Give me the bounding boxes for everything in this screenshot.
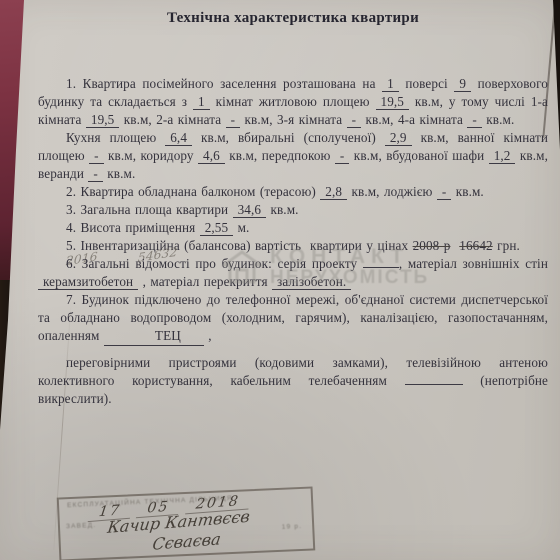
filled-value: залізобетон. (272, 274, 351, 290)
text-run: 3. Загальна площа квартири (66, 202, 233, 217)
filled-value: 6,4 (165, 130, 192, 146)
blank-line (405, 372, 463, 385)
filled-value: 9 (454, 76, 471, 92)
stamp-printed-year-blank: 19 р. (282, 523, 303, 531)
clause-7-continued: переговірними пристроями (кодовими замка… (38, 354, 548, 408)
clause-2: 2. Квартира обладнана балконом (терасою)… (38, 183, 548, 201)
text-run: кв.м. (482, 112, 514, 127)
text-run: кв.м, вбудованої шафи (349, 148, 488, 163)
text-run: кв.м. (103, 166, 135, 181)
filled-value: - (335, 148, 350, 164)
stamp-printed-label: ЗАВЕД. (66, 522, 97, 530)
filled-value: 19,5 (86, 112, 119, 128)
filled-value: 34,6 (233, 202, 266, 218)
clause-7: 7. Будинок підключено до телефонної мере… (38, 291, 548, 346)
filled-value: 4,6 (198, 148, 225, 164)
text-run: 5. Інвентаризаційна (балансова) вартість… (66, 238, 413, 253)
filled-value: 19,5 (376, 94, 409, 110)
text-run: 2. Квартира обладнана балконом (терасою) (66, 184, 320, 199)
text-run: кв.м, 2-а кімната (119, 112, 225, 127)
text-run: кімнат житловою площею (210, 94, 376, 109)
filled-value: - (89, 148, 104, 164)
filled-value: 2,9 (385, 130, 412, 146)
text-run: м. (233, 220, 249, 235)
text-run: , матеріал перекриття (138, 274, 272, 289)
filled-value: - (437, 184, 452, 200)
clause-5: 5. Інвентаризаційна (балансова) вартість… (38, 237, 548, 255)
filled-value: керамзитобетон (38, 274, 138, 290)
filled-value: 2,8 (320, 184, 347, 200)
text-run: кв.м, лоджією (347, 184, 437, 199)
struck-value: 2008 р (413, 238, 451, 253)
clause-4: 4. Висота приміщення 2,55 м. (38, 219, 548, 237)
text-run: кв.м, 4-а кімната (361, 112, 467, 127)
clause-6: 6. Загальні відомості про будинок: серія… (38, 255, 548, 291)
text-run: кв.м, коридору (104, 148, 198, 163)
document-content: Технічна характеристика квартири 1. Квар… (38, 0, 548, 408)
text-run: кв.м. (451, 184, 483, 199)
document-paper: Технічна характеристика квартири 1. Квар… (0, 0, 560, 560)
text-run: 4. Висота приміщення (66, 220, 200, 235)
document-title: Технічна характеристика квартири (38, 10, 548, 27)
filled-value: 2,55 (200, 220, 233, 236)
clause-3: 3. Загальна площа квартири 34,6 кв.м. (38, 201, 548, 219)
text-run: , матеріал зовнішніх стін (399, 256, 553, 271)
filled-value: 1 (382, 76, 399, 92)
text-run: кв.м, вбиральні (сполученої) (192, 130, 385, 145)
filled-value: 1,2 (489, 148, 516, 164)
clause-1-continued: Кухня площею 6,4 кв.м, вбиральні (сполуч… (38, 129, 548, 183)
text-run: кв.м, 3-я кімната (240, 112, 346, 127)
text-run: 1. Квартира посімейного заселення розташ… (66, 76, 382, 91)
text-run: , (204, 328, 212, 343)
filled-value: - (226, 112, 241, 128)
document-body: 1. Квартира посімейного заселення розташ… (38, 75, 548, 408)
clause-1: 1. Квартира посімейного заселення розташ… (38, 75, 548, 129)
text-run: 6. Загальні відомості про будинок: серія… (66, 256, 363, 271)
text-run: кв.м. (266, 202, 298, 217)
filled-value: 1 (193, 94, 210, 110)
filled-value: - (88, 166, 103, 182)
filled-value: ТЕЦ (104, 327, 204, 346)
text-run: грн. (493, 238, 520, 253)
filled-value: - (467, 112, 482, 128)
struck-value: 16642 (459, 238, 492, 253)
stamp-handwritten-signature: Сєваєва (151, 529, 222, 553)
text-run: Кухня площею (66, 130, 165, 145)
text-run: кв.м, передпокою (225, 148, 335, 163)
text-run (450, 238, 459, 253)
text-run: поверсі (399, 76, 455, 91)
blank-line (363, 255, 399, 268)
filled-value: - (347, 112, 362, 128)
office-stamp: ЕКСПЛУАТАЦІЙНА ТЕХНІЧНА ДІЛЬНИЦЯ ЗАВЕД. … (57, 486, 316, 560)
